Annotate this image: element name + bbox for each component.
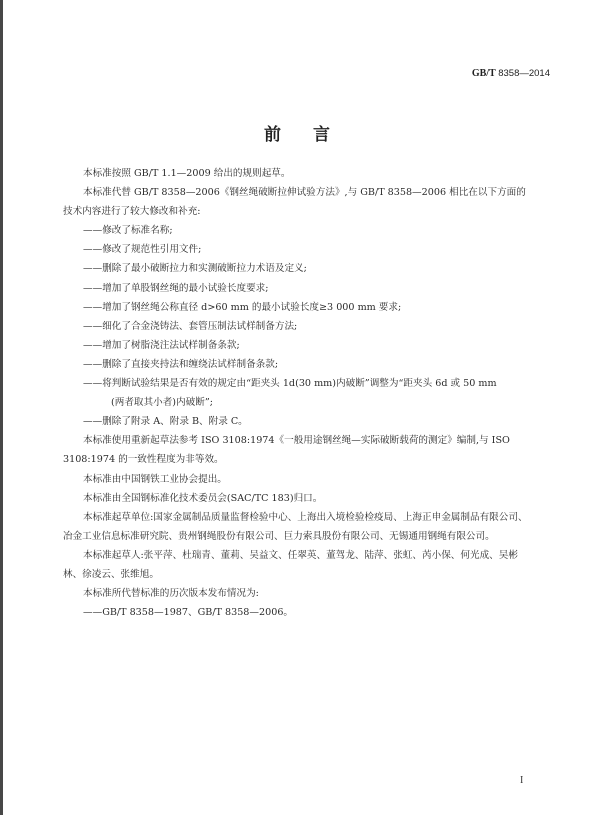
paragraph-history-intro: 本标准所代替标准的历次版本发布情况为:	[63, 584, 535, 603]
page-title: 前言	[0, 120, 594, 145]
change-item: ——删除了附录 A、附录 B、附录 C。	[63, 412, 535, 431]
change-item: ——删除了直接夹持法和缠绕法试样制备条款;	[63, 355, 535, 374]
standard-number: 8358—2014	[498, 68, 550, 79]
change-item: ——删除了最小破断拉力和实测破断拉力术语及定义;	[63, 259, 535, 278]
change-item: ——修改了规范性引用文件;	[63, 240, 535, 259]
document-body: 本标准按照 GB/T 1.1—2009 给出的规则起草。 本标准代替 GB/T …	[63, 164, 535, 622]
paragraph-drafting-rules: 本标准按照 GB/T 1.1—2009 给出的规则起草。	[63, 164, 535, 183]
standard-code-header: GB/T 8358—2014	[472, 68, 550, 79]
change-item: ——将判断试验结果是否有效的规定由“距夹头 1d(30 mm)内破断”调整为“距…	[63, 374, 535, 393]
standard-prefix: GB/T	[472, 68, 496, 79]
change-item: ——修改了标准名称;	[63, 221, 535, 240]
paragraph-proposed-by: 本标准由中国钢铁工业协会提出。	[63, 470, 535, 489]
change-item: ——增加了单股钢丝绳的最小试验长度要求;	[63, 279, 535, 298]
paragraph-replaces: 本标准代替 GB/T 8358—2006《钢丝绳破断拉伸试验方法》,与 GB/T…	[63, 183, 535, 221]
paragraph-under-jurisdiction: 本标准由全国钢标准化技术委员会(SAC/TC 183)归口。	[63, 489, 535, 508]
title-char-1: 前	[264, 120, 281, 145]
change-item-continuation: (两者取其小者)内破断”;	[63, 393, 535, 412]
change-item: ——增加了树脂浇注法试样制备条款;	[63, 336, 535, 355]
paragraph-drafters: 本标准起草人:张平萍、杜瑞青、董莉、吴益文、任翠英、董驾龙、陆萍、张虹、芮小保、…	[63, 546, 535, 584]
page-number: I	[520, 775, 523, 786]
paragraph-drafting-units: 本标准起草单位:国家金属制品质量监督检验中心、上海出入境检验检疫局、上海正申金属…	[63, 508, 535, 546]
change-item: ——增加了钢丝绳公称直径 d>60 mm 的最小试验长度≥3 000 mm 要求…	[63, 298, 535, 317]
history-item: ——GB/T 8358—1987、GB/T 8358—2006。	[63, 603, 535, 622]
change-item: ——细化了合金浇铸法、套管压制法试样制备方法;	[63, 317, 535, 336]
title-char-2: 言	[313, 120, 330, 145]
paragraph-iso-reference: 本标准使用重新起草法参考 ISO 3108:1974《一般用途钢丝绳—实际破断载…	[63, 431, 535, 469]
